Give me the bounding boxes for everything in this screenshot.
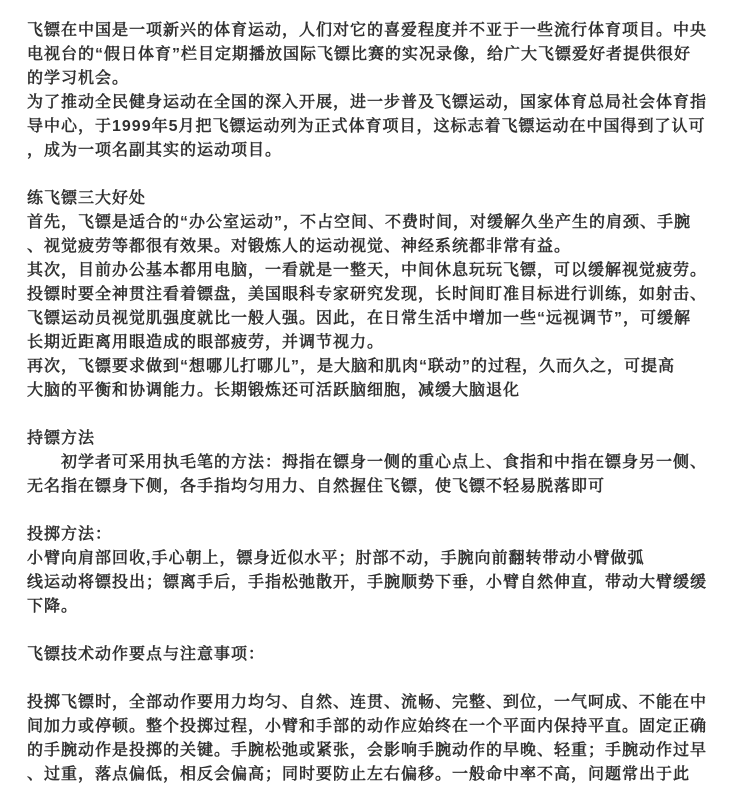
text-line: 大脑的平衡和协调能力。长期锻炼还可活跃脑细胞，减缓大脑退化 (27, 379, 742, 403)
document-body: 飞镖在中国是一项新兴的体育运动，人们对它的喜爱程度并不亚于一些流行体育项目。中央… (0, 0, 750, 804)
text-line: 飞镖在中国是一项新兴的体育运动，人们对它的喜爱程度并不亚于一些流行体育项目。中央 (27, 19, 742, 43)
text-line: 再次，飞镖要求做到“想哪儿打哪儿”，是大脑和肌肉“联动”的过程，久而久之，可提高 (27, 355, 742, 379)
text-line: 的学习机会。 (27, 67, 742, 91)
text-line: 小臂向肩部回收,手心朝上，镖身近似水平；肘部不动，手腕向前翻转带动小臂做弧 (27, 547, 742, 571)
paragraph-benefits: 练飞镖三大好处 首先，飞镖是适合的“办公室运动”，不占空间、不费时间，对缓解久坐… (27, 187, 742, 403)
text-line: 投掷飞镖时，全部动作要用力均匀、自然、连贯、流畅、完整、到位，一气呵成、不能在中 (27, 691, 742, 715)
text-line: 间加力或停顿。整个投掷过程，小臂和手部的动作应始终在一个平面内保持平直。固定正确 (27, 715, 742, 739)
text-line: 下降。 (27, 595, 742, 619)
section-heading: 投掷方法： (27, 523, 742, 547)
text-line: 的手腕动作是投掷的关键。手腕松弛或紧张，会影响手腕动作的早晚、轻重；手腕动作过早 (27, 739, 742, 763)
text-line: 首先，飞镖是适合的“办公室运动”，不占空间、不费时间，对缓解久坐产生的肩颈、手腕 (27, 211, 742, 235)
text-line: 长期近距离用眼造成的眼部疲劳，并调节视力。 (27, 331, 742, 355)
text-line: 电视台的“假日体育”栏目定期播放国际飞镖比赛的实况录像，给广大飞镖爱好者提供很好 (27, 43, 742, 67)
text-line: 、视觉疲劳等都很有效果。对锻炼人的运动视觉、神经系统都非常有益。 (27, 235, 742, 259)
text-line: 投镖时要全神贯注看着镖盘，美国眼科专家研究发现，长时间盯准目标进行训练，如射击、 (27, 283, 742, 307)
paragraph-throw-method: 投掷方法： 小臂向肩部回收,手心朝上，镖身近似水平；肘部不动，手腕向前翻转带动小… (27, 523, 742, 619)
paragraph-key-points: 投掷飞镖时，全部动作要用力均匀、自然、连贯、流畅、完整、到位，一气呵成、不能在中… (27, 691, 742, 787)
text-line: 线运动将镖投出；镖离手后，手指松弛散开，手腕顺势下垂，小臂自然伸直，带动大臂缓缓 (27, 571, 742, 595)
text-line: 为了推动全民健身运动在全国的深入开展，进一步普及飞镖运动，国家体育总局社会体育指 (27, 91, 742, 115)
section-heading: 练飞镖三大好处 (27, 187, 742, 211)
text-line: ，成为一项名副其实的运动项目。 (27, 139, 742, 163)
paragraph-grip-method: 持镖方法 初学者可采用执毛笔的方法：拇指在镖身一侧的重心点上、食指和中指在镖身另… (27, 427, 742, 499)
paragraph-intro: 飞镖在中国是一项新兴的体育运动，人们对它的喜爱程度并不亚于一些流行体育项目。中央… (27, 19, 742, 163)
paragraph-key-points-title: 飞镖技术动作要点与注意事项： (27, 643, 742, 667)
text-line: 初学者可采用执毛笔的方法：拇指在镖身一侧的重心点上、食指和中指在镖身另一侧、 (27, 451, 742, 475)
text-line: 无名指在镖身下侧，各手指均匀用力、自然握住飞镖，使飞镖不轻易脱落即可 (27, 475, 742, 499)
text-line: 、过重，落点偏低，相反会偏高；同时要防止左右偏移。一般命中率不高，问题常出于此 (27, 763, 742, 787)
section-heading: 飞镖技术动作要点与注意事项： (27, 643, 742, 667)
section-heading: 持镖方法 (27, 427, 742, 451)
text-line: 其次，目前办公基本都用电脑，一看就是一整天，中间休息玩玩飞镖，可以缓解视觉疲劳。 (27, 259, 742, 283)
text-line: 飞镖运动员视觉肌强度就比一般人强。因此，在日常生活中增加一些“远视调节”，可缓解 (27, 307, 742, 331)
text-line: 导中心，于1999年5月把飞镖运动列为正式体育项目，这标志着飞镖运动在中国得到了… (27, 115, 742, 139)
